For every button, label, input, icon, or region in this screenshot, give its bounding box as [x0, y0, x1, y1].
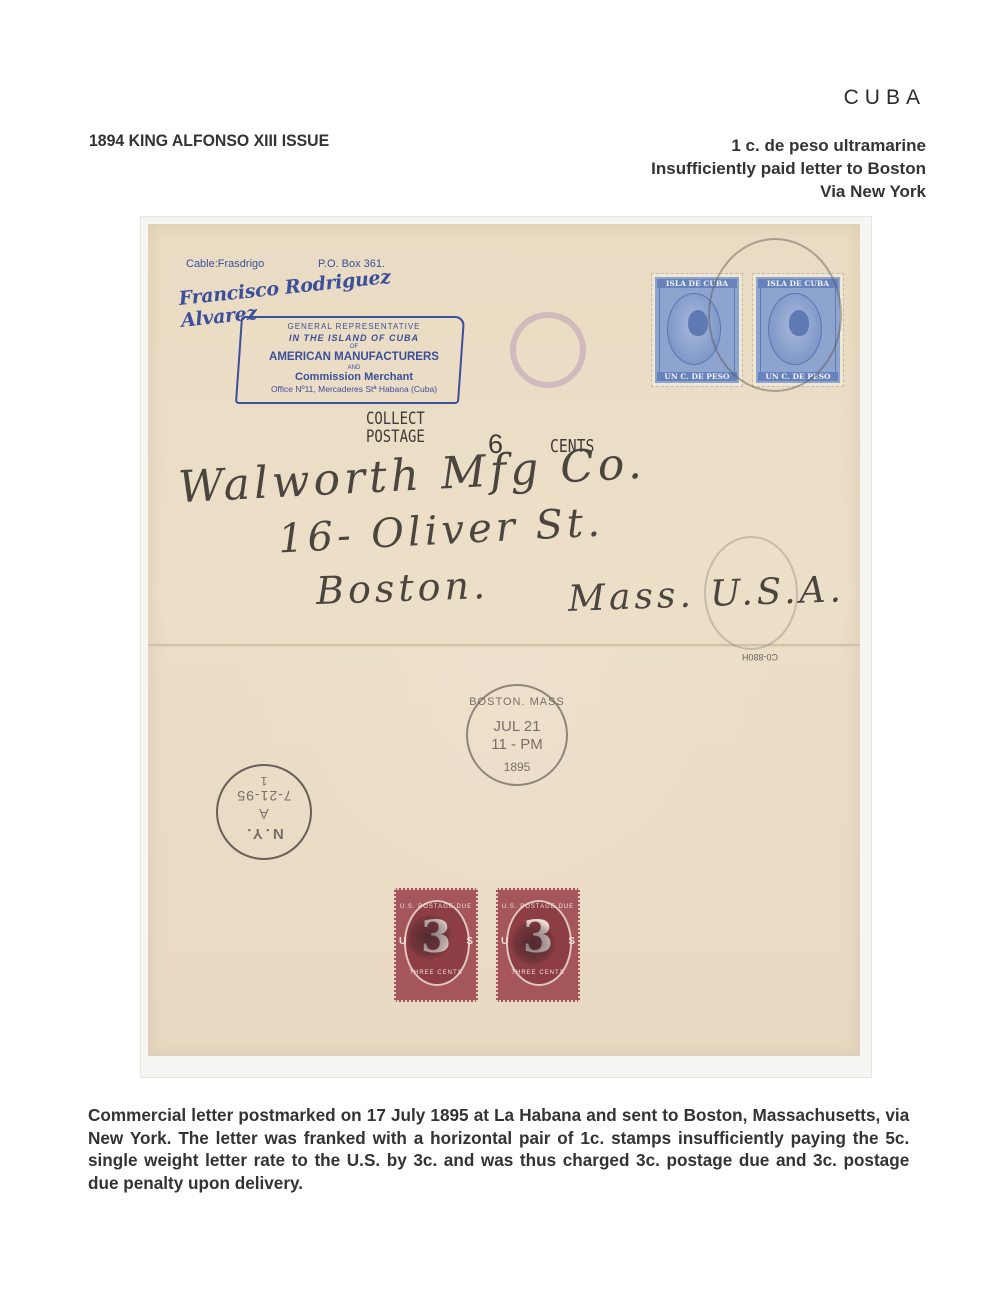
boston-postmark: BOSTON. MASS JUL 21 11 - PM 1895	[466, 684, 568, 786]
letterhead-line: Office Nº11, Mercaderes Stª Habana (Cuba…	[244, 384, 464, 394]
cover-envelope: Cable:Frasdrigo P.O. Box 361. Francisco …	[148, 224, 860, 1056]
cover-description: Commercial letter postmarked on 17 July …	[88, 1104, 909, 1194]
cork-killer-cancel	[510, 920, 556, 966]
letterhead-line: IN THE ISLAND OF CUBA	[244, 333, 464, 343]
king-portrait-icon	[688, 310, 708, 336]
transit-cancel-mark	[704, 536, 798, 650]
letterhead-line: AMERICAN MANUFACTURERS	[244, 351, 464, 363]
habana-cancel-mark	[708, 238, 842, 392]
letterhead-line: OF	[244, 344, 464, 350]
country-heading: CUBA	[844, 86, 926, 110]
collect-postage-marking: COLLECT POSTAGE	[366, 410, 425, 446]
issue-title: 1894 KING ALFONSO XIII ISSUE	[89, 131, 329, 151]
letterhead-line: Commission Merchant	[244, 371, 464, 383]
letterhead-line: GENERAL REPRESENTATIVE	[244, 322, 464, 331]
subtitle-line: Insufficiently paid letter to Boston	[651, 157, 926, 180]
new-york-postmark: N.Y. A 7-21-95 1	[216, 764, 312, 860]
address-line: Boston.	[315, 563, 489, 613]
subtitle-line: 1 c. de peso ultramarine	[651, 134, 926, 157]
subtitle-line: Via New York	[651, 180, 926, 203]
purple-cancel-mark	[510, 312, 586, 388]
address-line: 16- Oliver St.	[277, 500, 605, 563]
letterhead-cable: Cable:Frasdrigo	[186, 258, 264, 270]
cover-subtitle: 1 c. de peso ultramarine Insufficiently …	[651, 134, 926, 203]
cork-killer-cancel	[406, 914, 452, 960]
letterhead: Cable:Frasdrigo P.O. Box 361. Francisco …	[178, 254, 458, 424]
pencil-note: C0-880H	[742, 652, 778, 662]
